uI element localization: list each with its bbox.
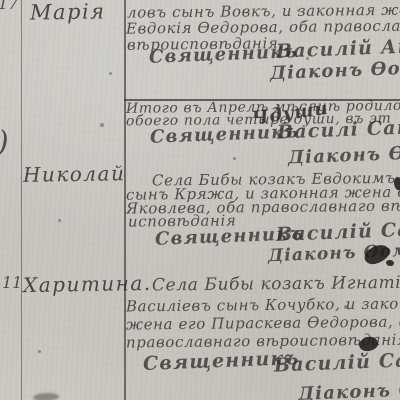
scan-speckle [38,350,41,353]
scan-speckle [233,157,236,160]
scan-speckle [58,219,61,222]
ink-blot [394,177,400,190]
scan-speckle [297,9,300,12]
scan-speckle [344,305,348,309]
entry-number-kharitina: 11 [2,275,22,292]
entry-number-nikolai-bracket: ) [0,127,9,159]
entry-name-nikolai: Николай [23,163,126,186]
document-scan: ноголовъ сынъ Вовкъ, и законная жена еЕв… [0,0,400,400]
record-maria-deacon-signature: Діаконъ Ѳоме [270,59,400,84]
summary-priest-name: Василі Сан [277,118,400,143]
scan-speckle [109,72,112,75]
scan-speckle [306,57,309,60]
record-kharitina-text-1: Села Бибы козакъ Игнатій В [152,275,400,296]
margin-column-rule [21,0,22,400]
scan-speckle [100,123,104,127]
entry-name-kharitina: Харитина. [23,273,152,296]
ink-blot [386,259,395,266]
summary-deacon-signature: Діаконъ Ѳо [288,144,400,168]
entry-name-maria: Марія [30,0,106,23]
record-kharitina-deacon-signature: Діаконъ Ѳом [298,380,400,400]
record-kharitina-priest-name: Василій Са [274,351,400,376]
entry-number-maria: 17 [0,0,18,13]
ink-blot [33,392,59,400]
